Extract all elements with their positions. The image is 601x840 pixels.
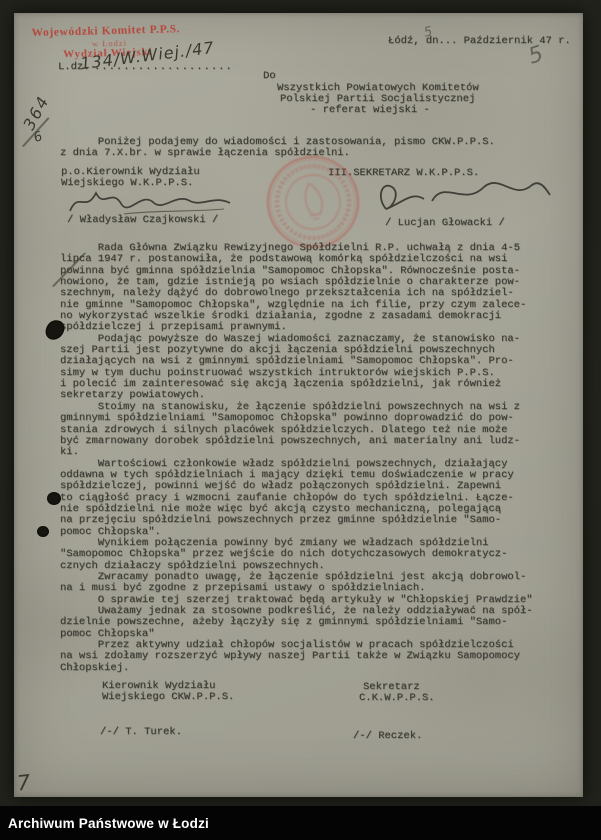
- left-signatory-name: / Władysław Czajkowski /: [67, 215, 218, 226]
- footer-right-signed: /-/ Reczek.: [353, 731, 422, 742]
- typed-line: na przejęciu spółdzielni powszechnych pr…: [60, 515, 533, 526]
- typed-line: ki.: [60, 447, 533, 458]
- archive-name-label: Archiwum Państwowe w Łodzi: [8, 816, 209, 831]
- recipient-line4: - referat wiejski -: [310, 105, 430, 116]
- typed-line: spółdzielczej, powinni wejść do władz po…: [60, 481, 533, 492]
- typed-line: na i musi być zgodne z przepisami ustawy…: [60, 583, 533, 594]
- typed-line: z dnia 7.X.br. w sprawie łączenia spółdz…: [60, 148, 495, 159]
- typed-line: lipca 1947 r. postanowiła, że podstawową…: [60, 254, 533, 265]
- right-signatory-name: / Lucjan Głowacki /: [385, 218, 505, 229]
- punch-hole: [37, 526, 49, 537]
- footer-right-title-2: C.K.W.P.P.S.: [359, 693, 435, 704]
- punch-hole: [47, 492, 61, 505]
- typed-line: Chłopskiej.: [60, 663, 533, 674]
- right-signature-scribble: [372, 173, 557, 217]
- footer-left-title-2: Wiejskiego CKW.P.P.S.: [102, 692, 234, 703]
- typed-line: dzielnie powszechne, ażeby łączyły się z…: [60, 617, 533, 628]
- scanned-letter-page: Wojewódzki Komitet P.P.S. w Łodzi Wydzia…: [14, 13, 583, 797]
- date-line: Łódź, dn... Październik 47 r.: [388, 36, 571, 47]
- intro-paragraph: Poniżej podajemy do wiadomości i zastoso…: [60, 137, 495, 160]
- recipient-to: Do: [263, 71, 276, 82]
- typed-line: na wsi zdołamy rozszerzyć wpływy naszej …: [60, 651, 533, 662]
- margin-number-rotated: 364: [19, 92, 53, 133]
- archive-watermark-bar: Archiwum Państwowe w Łodzi: [0, 806, 601, 840]
- typed-line: gminnymi spółdzielniami "Samopomoc Chłop…: [60, 413, 533, 424]
- typed-line: być zmarnowany dorobek spółdzielni powsz…: [60, 436, 533, 447]
- typed-line: "Samopomoc Chłopska" przez wejście do ni…: [60, 549, 533, 560]
- body-text: Rada Główna Związku Rewizyjnego Spółdzie…: [60, 243, 533, 674]
- archive-scan-view: { "colors": { "paper": "#a6a598", "ink":…: [0, 0, 601, 840]
- footer-left-signed: /-/ T. Turek.: [100, 727, 182, 738]
- handwritten-date-day: 5: [423, 24, 434, 40]
- page-number-handwritten: 7: [16, 770, 32, 795]
- office-stamp-line1: Wojewódzki Komitet P.P.S.: [31, 23, 180, 39]
